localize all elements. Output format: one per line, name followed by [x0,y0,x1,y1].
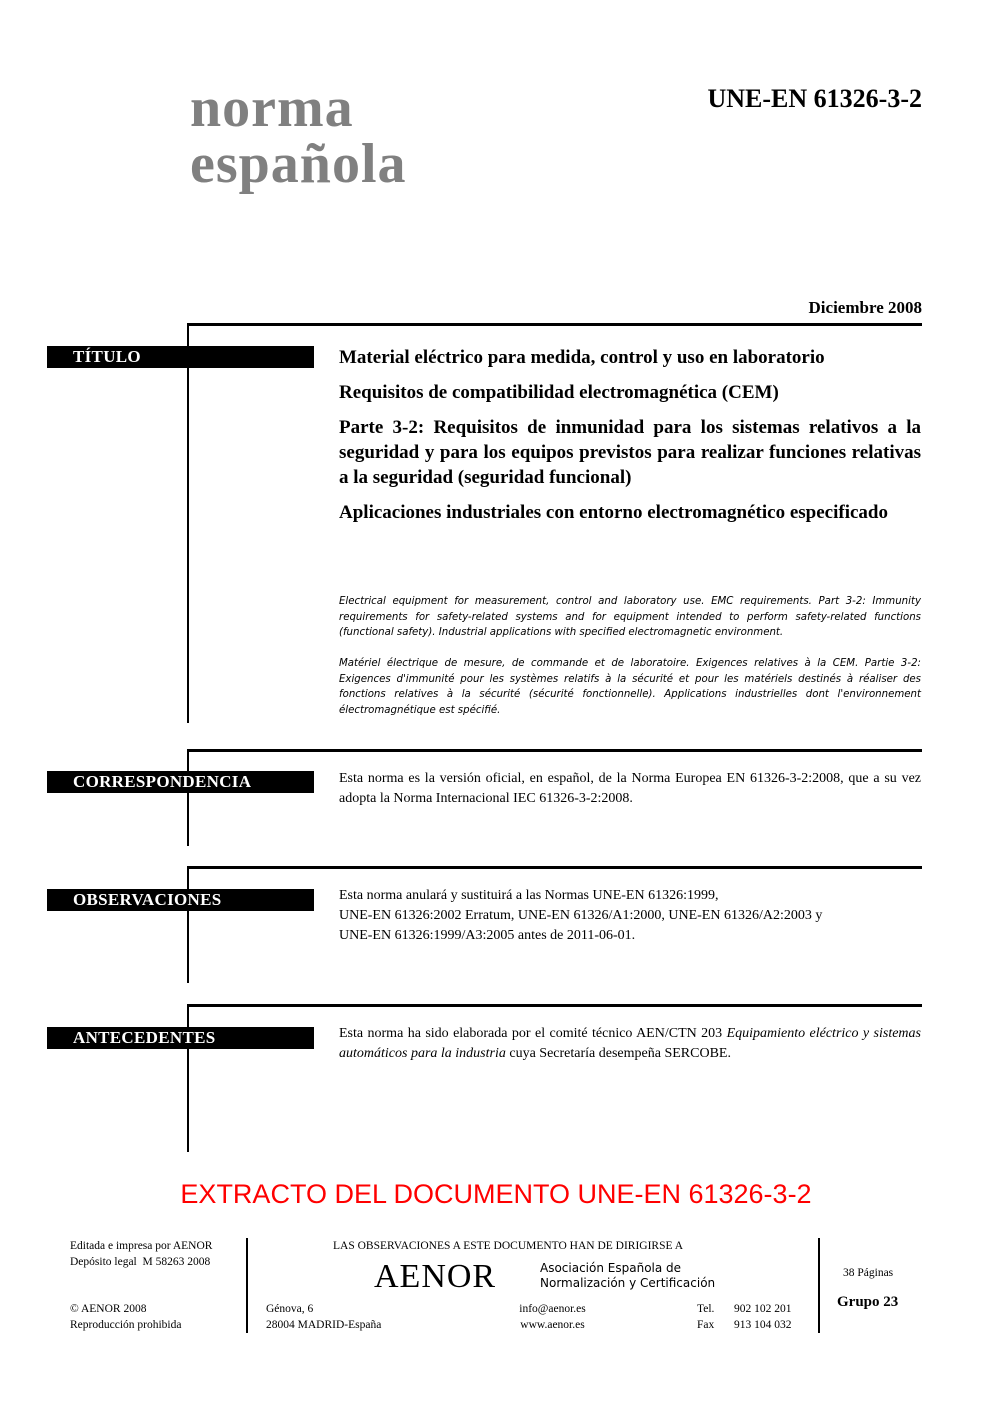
french-title: Matériel électrique de mesure, de comman… [339,656,921,718]
address-city: 28004 MADRID-España [266,1317,381,1333]
observations-heading: LAS OBSERVACIONES A ESTE DOCUMENTO HAN D… [333,1238,683,1254]
email-link[interactable]: info@aenor.es [505,1301,600,1317]
fax-number: 913 104 032 [734,1319,792,1331]
title-line-3: Parte 3-2: Requisitos de inmunidad para … [339,415,921,490]
contact-phone: Tel.902 102 201 Fax913 104 032 [697,1301,792,1333]
observaciones-line-3: UNE-EN 61326:1999/A3:2005 antes de 2011-… [339,926,921,946]
website-link[interactable]: www.aenor.es [505,1317,600,1333]
spanish-title: Material eléctrico para medida, control … [339,345,921,535]
org-line-1: Asociación Española de [540,1261,715,1276]
footer-copyright: © AENOR 2008 Reproducción prohibida [70,1301,181,1333]
aenor-organization: Asociación Española de Normalización y C… [540,1261,715,1291]
brand-line-1: norma [190,80,407,136]
section-rule-correspondencia [187,749,189,846]
tel-label: Tel. [697,1301,734,1317]
title-line-1: Material eléctrico para medida, control … [339,345,921,370]
section-label-antecedentes: ANTECEDENTES [47,1027,314,1049]
english-title: Electrical equipment for measurement, co… [339,594,921,641]
footer-publisher: Editada e impresa por AENOR Depósito leg… [70,1238,212,1270]
section-divider-observaciones [187,866,922,869]
page-count: 38 Páginas [843,1265,893,1281]
footer-divider-right [818,1238,820,1333]
address: Génova, 6 28004 MADRID-España [266,1301,381,1333]
antecedentes-text-after: cuya Secretaría desempeña SERCOBE. [506,1046,731,1061]
observaciones-line-1: Esta norma anulará y sustituirá a las No… [339,886,921,906]
tel-number: 902 102 201 [734,1303,792,1315]
antecedentes-text-before: Esta norma ha sido elaborada por el comi… [339,1026,727,1041]
observaciones-line-2: UNE-EN 61326:2002 Erratum, UNE-EN 61326/… [339,906,921,926]
aenor-logo: AENOR [374,1259,496,1295]
correspondencia-text: Esta norma es la versión oficial, en esp… [339,769,921,809]
legal-deposit: Depósito legal M 58263 2008 [70,1254,212,1270]
observaciones-text: Esta norma anulará y sustituirá a las No… [339,886,921,946]
brand-line-2: española [190,136,407,192]
address-street: Génova, 6 [266,1301,381,1317]
copyright: © AENOR 2008 [70,1301,181,1317]
section-rule-observaciones [187,866,189,983]
section-label-observaciones: OBSERVACIONES [47,889,314,911]
edited-by: Editada e impresa por AENOR [70,1238,212,1254]
reproduction-notice: Reproducción prohibida [70,1317,181,1333]
title-line-4: Aplicaciones industriales con entorno el… [339,500,921,525]
section-label-titulo: TÍTULO [47,346,314,368]
org-line-2: Normalización y Certificación [540,1276,715,1291]
brand-title: norma española [190,80,407,192]
section-divider-antecedentes [187,1004,922,1007]
extract-notice: EXTRACTO DEL DOCUMENTO UNE-EN 61326-3-2 [0,1178,992,1210]
antecedentes-text: Esta norma ha sido elaborada por el comi… [339,1024,921,1064]
fax-label: Fax [697,1317,734,1333]
title-line-2: Requisitos de compatibilidad electromagn… [339,380,921,405]
section-rule-titulo [187,323,189,723]
section-divider-titulo [187,323,922,326]
publication-date: Diciembre 2008 [809,298,922,318]
price-group: Grupo 23 [837,1294,898,1311]
standard-code: UNE-EN 61326-3-2 [708,84,923,114]
section-label-correspondencia: CORRESPONDENCIA [47,771,314,793]
contact-online: info@aenor.es www.aenor.es [505,1301,600,1333]
section-divider-correspondencia [187,749,922,752]
footer-divider-left [246,1238,248,1333]
